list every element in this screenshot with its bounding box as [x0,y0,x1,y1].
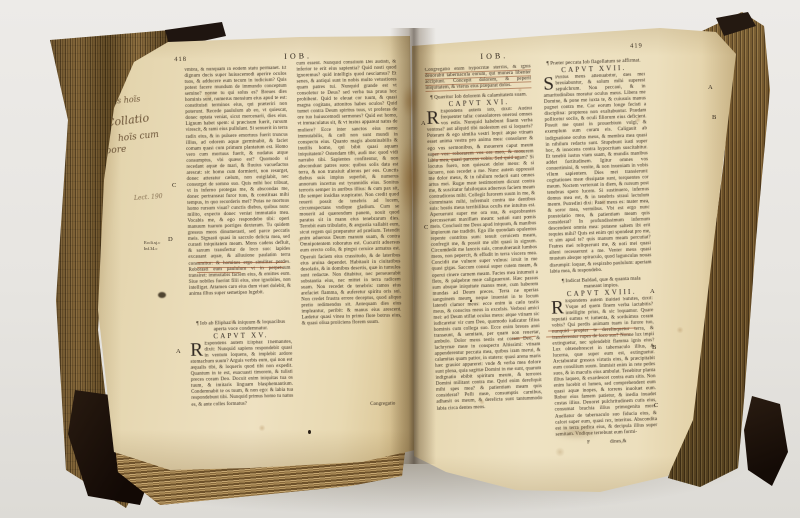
ink-underline [197,272,241,273]
chapter-opening: SPiritus meus attenuabitur, dies mei bre… [543,72,652,275]
drop-cap: R [551,299,566,315]
right-column-1: Congregatio enim hypocritæ sterilis, & i… [425,64,545,477]
left-column-2: cum essent. Nunquid consilium Dei audist… [296,59,404,465]
page-stain [552,424,602,440]
chapter-opening: REspondens autem Eliphaz Themanites, dix… [190,340,293,409]
gutter-stain [402,84,418,118]
chapter-body-text: Espondens autem Eliphaz Themanites, dixi… [190,340,293,408]
left-page: finis hoĩs Collatio hoĩs cum arbore Lect… [92,28,418,474]
running-head: IOB. [268,51,328,61]
catchword: dines,& [610,438,627,445]
margin-reference: Inf.34.c [144,246,157,251]
ink-underline [197,267,283,268]
underlined-intro-text: Congregatio enim hypocritæ sterilis, & i… [425,64,532,92]
ink-speck [308,430,311,434]
chapter-summary: ¶ Iob ab Eliphaz & iniquum & loquacibus … [193,319,289,333]
antique-book-photo: finis hoĩs Collatio hoĩs cum arbore Lect… [0,0,800,518]
ink-blot [158,292,166,298]
handwritten-note: Lect. 190 [134,193,163,202]
signature-mark: F [587,439,590,445]
catchword: Congregatio [303,401,403,409]
drop-cap: S [543,75,556,91]
drop-cap: R [190,342,205,358]
column-body-text: vmbra, & nunquam in eodem statu permanet… [184,66,291,318]
gutter-stain [398,140,424,218]
margin-reference: Eccli.xj.c [144,240,160,245]
margin-letter: A [176,348,181,355]
left-column-1: vmbra, & nunquam in eodem statu permanet… [184,66,294,472]
page-number: 419 [630,42,643,49]
chapter-opening: REspondens autem Baldad Suhites, dixit: … [551,296,658,439]
running-head: IOB. [464,51,524,62]
page-number: 418 [174,56,187,63]
chapter-heading: CAPVT XV. [190,332,292,340]
ink-underline [197,262,285,263]
chapter-body-text: Piritus meus attenuabitur, dies mei breu… [544,72,652,274]
handwritten-note: hoĩs cum [118,130,160,144]
column-body-text: cum essent. Nunquid consilium Dei audist… [296,59,403,401]
chapter-body-text: Espondens autem Baldad Suhites, dixit: V… [551,296,657,438]
margin-letter: C [172,182,176,189]
right-column-2: ¶ Præter peccata Iob flagellatum se affi… [542,54,659,477]
margin-letter: D [168,236,173,243]
right-text-block: IOB. 419 Congregatio enim hypocritæ ster… [424,38,739,488]
ink-speck [470,300,472,302]
left-text-block: 418 IOB. vmbra, & nunquam in eodem statu… [180,47,421,468]
